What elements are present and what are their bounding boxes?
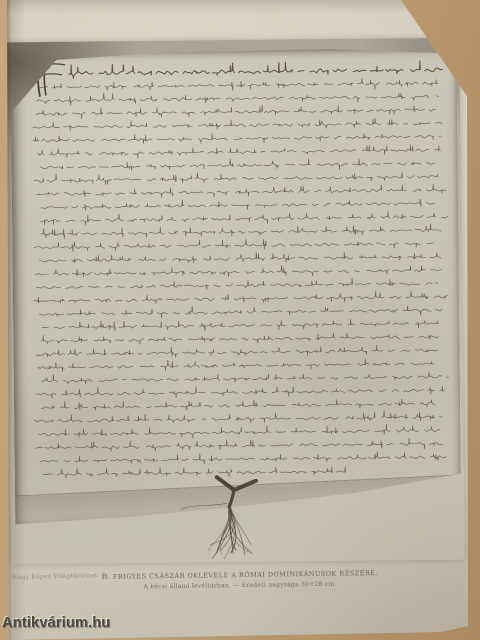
charter-photo-plate: [5, 38, 464, 565]
manuscript-text-lines: [10, 46, 461, 529]
antikvarium-watermark: Antikvárium.hu: [2, 615, 110, 631]
parchment: [10, 46, 461, 529]
book-page: Nagy Képes Világtörténet. 9. II. FRIGYES…: [0, 0, 480, 640]
decorated-initial: [24, 57, 64, 97]
plate-caption: II. FRIGYES CSÁSZÁR OKLEVELE A RÓMAI DOM…: [0, 567, 480, 595]
seal-cords: [179, 471, 290, 564]
